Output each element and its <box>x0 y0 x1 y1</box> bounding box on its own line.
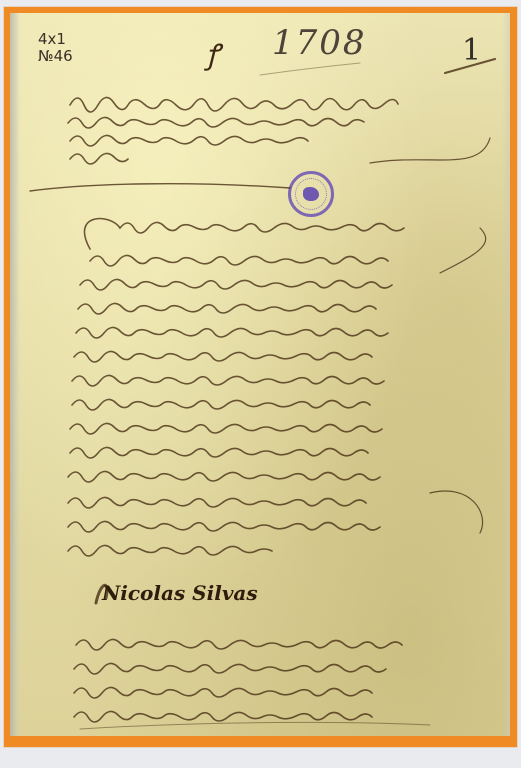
document-viewer-frame: 4x1 №46 ꝭ 1708 1 <box>4 7 517 747</box>
signature: Nicolas Silvas <box>102 581 258 605</box>
manuscript-page: 4x1 №46 ꝭ 1708 1 <box>10 13 510 736</box>
handwriting-lines <box>10 13 510 736</box>
